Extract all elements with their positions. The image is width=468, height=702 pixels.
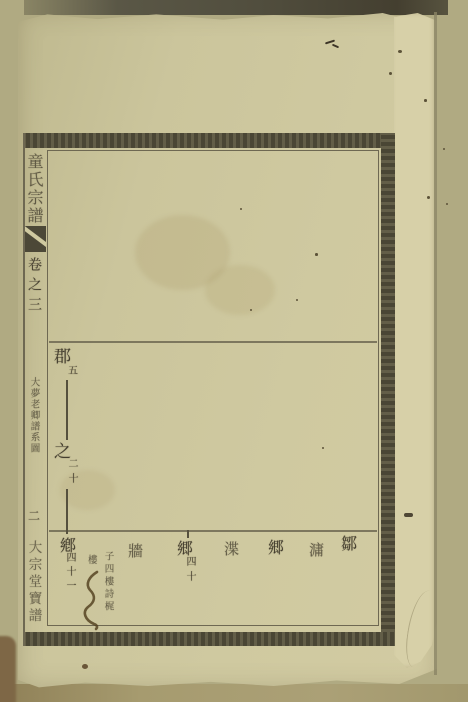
speck bbox=[398, 50, 402, 53]
speck bbox=[315, 253, 318, 256]
volume-label: 卷之三 bbox=[27, 257, 41, 317]
speck bbox=[82, 664, 88, 669]
generation-divider-upper bbox=[49, 341, 377, 343]
frame-border-top bbox=[23, 133, 395, 148]
generation-divider-lower bbox=[49, 530, 377, 532]
book-edge-top bbox=[24, 0, 448, 15]
speck bbox=[250, 309, 252, 311]
descendant-node: 牆 bbox=[128, 540, 143, 561]
speck bbox=[427, 196, 430, 199]
descendant-node: 渫 bbox=[224, 538, 239, 559]
descent-line bbox=[66, 380, 68, 440]
speck bbox=[296, 299, 298, 301]
speck bbox=[446, 203, 448, 205]
handwritten-squiggle bbox=[76, 564, 110, 634]
ink-fleck bbox=[404, 513, 413, 517]
ancestor-rank-1: 五 bbox=[68, 362, 78, 377]
descent-line bbox=[66, 489, 68, 534]
speck bbox=[443, 148, 445, 150]
descendant-rank: 四十一 bbox=[64, 552, 74, 594]
ancestor-rank-2: 二十 bbox=[66, 458, 76, 488]
book-edge-bottom bbox=[0, 684, 468, 702]
speck bbox=[240, 208, 242, 210]
fishtail-mark bbox=[25, 226, 46, 252]
speck bbox=[424, 99, 427, 102]
descendant-node: 滽 bbox=[309, 539, 324, 560]
leaf-page-number: 二 bbox=[28, 507, 40, 524]
page-right-margin-layer bbox=[394, 13, 437, 668]
descendant-node: 郷 bbox=[268, 535, 284, 558]
shadow-bottom-left bbox=[0, 636, 16, 702]
descendant-node: 鄒 bbox=[341, 531, 357, 554]
page-fold-seam bbox=[434, 12, 437, 675]
speck bbox=[322, 447, 324, 449]
frame-border-right bbox=[381, 133, 395, 646]
book-title: 童氏宗譜 bbox=[26, 153, 42, 225]
chapter-label: 大夢老卿譜系圖 bbox=[29, 377, 39, 454]
frame-border-bottom bbox=[23, 632, 395, 646]
scanned-genealogy-page: 童氏宗譜 卷之三 大夢老卿譜系圖 二 大宗堂寶譜 郡 五 之 二十 鄒 滽 郷 … bbox=[0, 0, 468, 702]
speck bbox=[389, 72, 392, 75]
descendant-rank: 四十 bbox=[184, 556, 194, 586]
hall-colophon: 大宗堂寶譜 bbox=[26, 540, 40, 625]
